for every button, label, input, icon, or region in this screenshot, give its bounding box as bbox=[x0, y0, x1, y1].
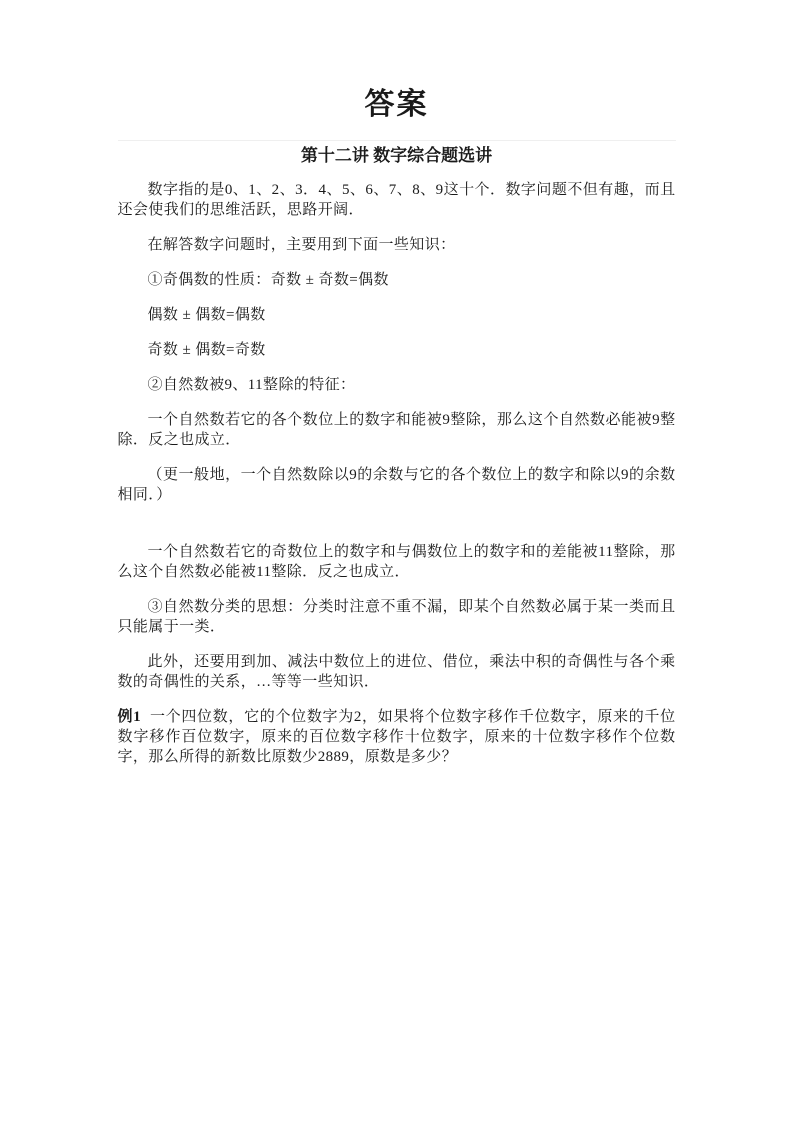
document-page: 答案 第十二讲 数字综合题选讲 数字指的是0、1、2、3．4、5、6、7、8、9… bbox=[0, 0, 793, 1122]
formula-odd-even: 奇数 ± 偶数=奇数 bbox=[118, 340, 676, 360]
document-body: 答案 第十二讲 数字综合题选讲 数字指的是0、1、2、3．4、5、6、7、8、9… bbox=[118, 0, 676, 767]
paragraph-divisible-by-9: 一个自然数若它的各个数位上的数字和能被9整除，那么这个自然数必能被9整除．反之也… bbox=[118, 410, 676, 450]
paragraph-intro: 数字指的是0、1、2、3．4、5、6、7、8、9这十个．数字问题不但有趣，而且还… bbox=[118, 180, 676, 220]
paragraph-rule-parity: ①奇偶数的性质：奇数 ± 奇数=偶数 bbox=[118, 270, 676, 290]
example-1-label: 例1 bbox=[118, 709, 142, 725]
paragraph-divisible-by-11: 一个自然数若它的奇数位上的数字和与偶数位上的数字和的差能被11整除，那么这个自然… bbox=[118, 542, 676, 582]
section-title: 第十二讲 数字综合题选讲 bbox=[118, 145, 676, 167]
example-1-text: 一个四位数，它的个位数字为2，如果将个位数字移作千位数字，原来的千位数字移作百位… bbox=[118, 709, 676, 765]
body-text: 数字指的是0、1、2、3．4、5、6、7、8、9这十个．数字问题不但有趣，而且还… bbox=[118, 180, 676, 767]
paragraph-remainder-note: （更一般地，一个自然数除以9的余数与它的各个数位上的数字和除以9的余数相同．） bbox=[118, 465, 676, 505]
formula-even-even: 偶数 ± 偶数=偶数 bbox=[118, 305, 676, 325]
paragraph-classification: ③自然数分类的思想：分类时注意不重不漏，即某个自然数必属于某一类而且只能属于一类… bbox=[118, 597, 676, 637]
page-title: 答案 bbox=[118, 86, 676, 124]
paragraph-rule-divisibility: ②自然数被9、11整除的特征： bbox=[118, 375, 676, 395]
example-1-paragraph: 例1一个四位数，它的个位数字为2，如果将个位数字移作千位数字，原来的千位数字移作… bbox=[118, 707, 676, 767]
title-divider bbox=[118, 140, 676, 141]
paragraph-knowledge-intro: 在解答数字问题时，主要用到下面一些知识： bbox=[118, 235, 676, 255]
paragraph-other-knowledge: 此外，还要用到加、减法中数位上的进位、借位，乘法中积的奇偶性与各个乘数的奇偶性的… bbox=[118, 652, 676, 692]
